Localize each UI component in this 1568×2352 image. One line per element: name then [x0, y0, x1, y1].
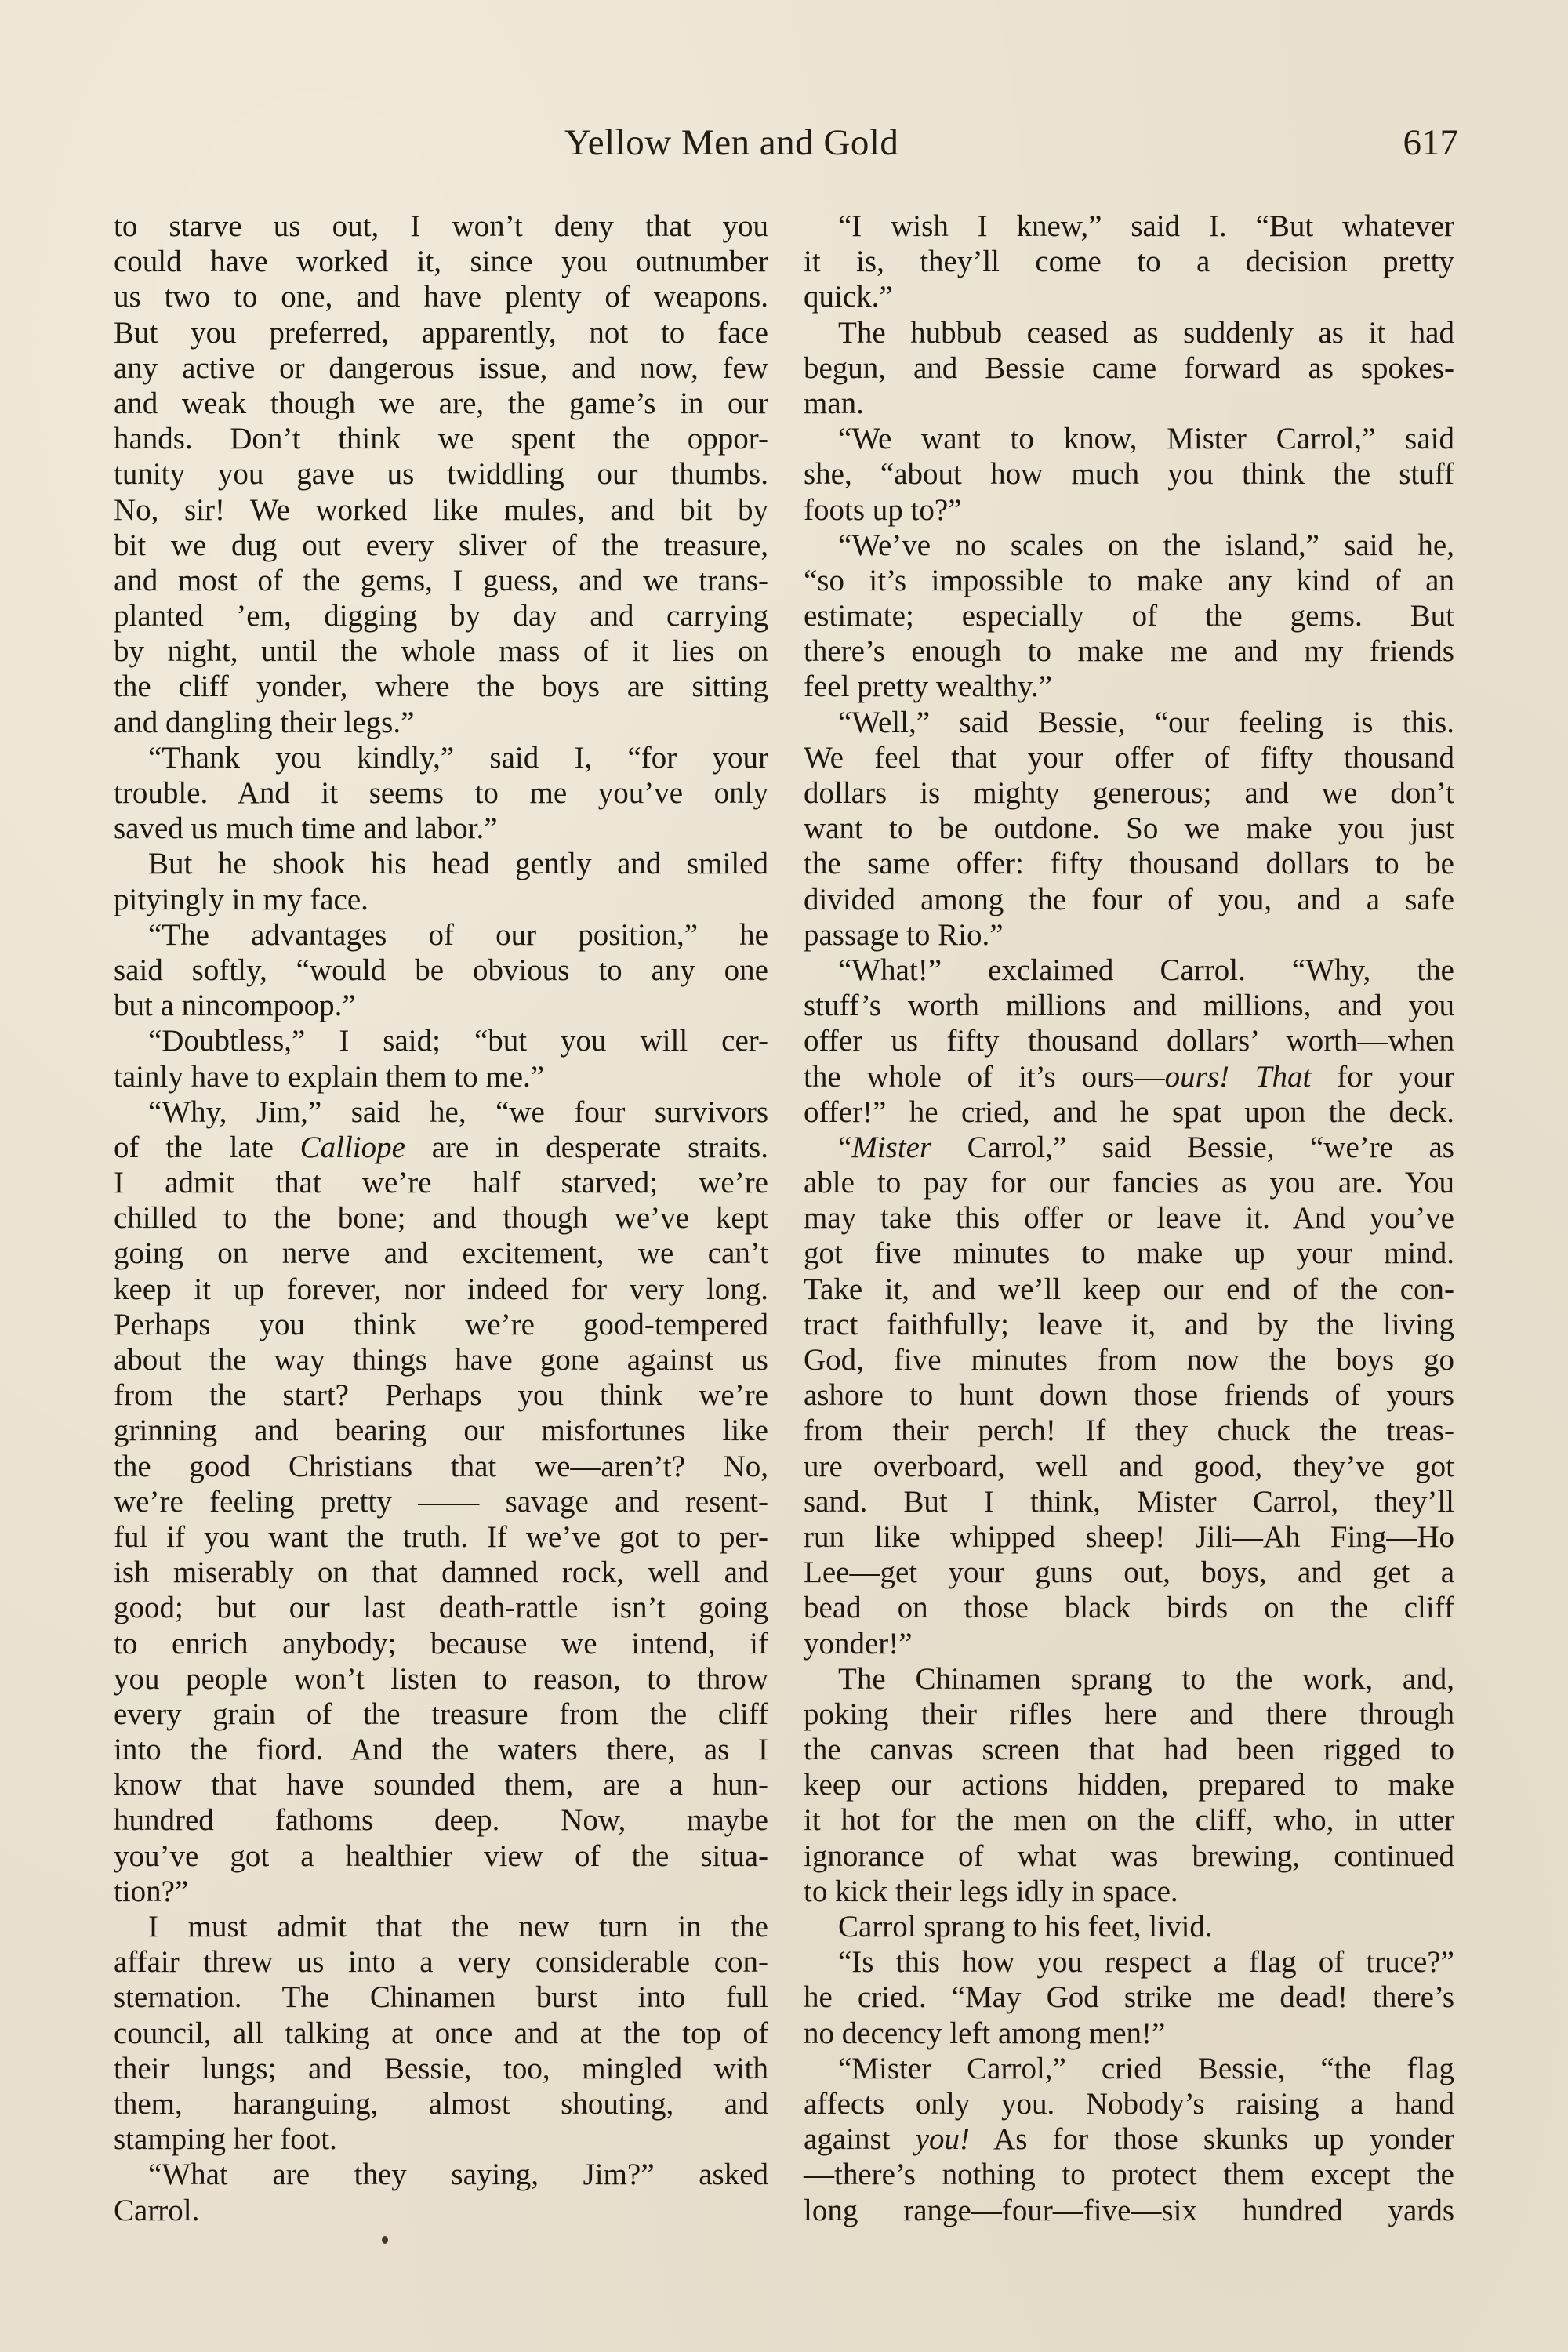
- text-line: may take this offer or leave it. And you…: [804, 1200, 1454, 1236]
- text-line: I admit that we’re half starved; we’re: [114, 1165, 768, 1200]
- text-line: No, sir! We worked like mules, and bit b…: [114, 492, 768, 528]
- running-title: Yellow Men and Gold: [564, 122, 898, 164]
- text-line: “so it’s impossible to make any kind of …: [804, 563, 1454, 598]
- text-line: estimate; especially of the gems. But: [804, 598, 1454, 633]
- text-line: “The advantages of our position,” he: [114, 917, 768, 953]
- text-line: every grain of the treasure from the cli…: [114, 1697, 768, 1732]
- text-line: saved us much time and labor.”: [114, 811, 768, 846]
- italic-emphasis: ours!: [1165, 1060, 1229, 1094]
- text-line: grinning and bearing our misfortunes lik…: [114, 1413, 768, 1448]
- text-line: you’ve got a healthier view of the situa…: [114, 1838, 768, 1874]
- italic-emphasis: you!: [916, 2122, 970, 2156]
- text-line: no decency left among men!”: [804, 2016, 1454, 2051]
- text-line: divided among the four of you, and a saf…: [804, 882, 1454, 917]
- text-line: and weak though we are, the game’s in ou…: [114, 386, 768, 421]
- text-line: ure overboard, well and good, they’ve go…: [804, 1449, 1454, 1484]
- text-line: we’re feeling pretty —— savage and resen…: [114, 1484, 768, 1519]
- text-line: trouble. And it seems to me you’ve only: [114, 775, 768, 811]
- text-line: ish miserably on that damned rock, well …: [114, 1555, 768, 1590]
- text-line: stamping her foot.: [114, 2122, 768, 2157]
- text-line: tract faithfully; leave it, and by the l…: [804, 1307, 1454, 1342]
- text-line: to starve us out, I won’t deny that you: [114, 209, 768, 244]
- text-line: “Thank you kindly,” said I, “for your: [114, 740, 768, 775]
- left-text-column: to starve us out, I won’t deny that youc…: [114, 209, 768, 2228]
- text-line: tion?”: [114, 1874, 768, 1909]
- text-line: the good Christians that we—aren’t? No,: [114, 1449, 768, 1484]
- text-line: “We’ve no scales on the island,” said he…: [804, 528, 1454, 563]
- text-line: he cried. “May God strike me dead! there…: [804, 1980, 1454, 2015]
- text-line: chilled to the bone; and though we’ve ke…: [114, 1200, 768, 1236]
- text-line: about the way things have gone against u…: [114, 1342, 768, 1377]
- text-line: “What are they saying, Jim?” asked: [114, 2157, 768, 2192]
- text-line: But he shook his head gently and smiled: [114, 846, 768, 881]
- right-text-column: “I wish I knew,” said I. “But whateverit…: [804, 209, 1454, 2228]
- text-line: by night, until the whole mass of it lie…: [114, 633, 768, 669]
- text-line: sand. But I think, Mister Carrol, they’l…: [804, 1484, 1454, 1519]
- text-line: “Why, Jim,” said he, “we four survivors: [114, 1094, 768, 1130]
- text-line: keep it up forever, nor indeed for very …: [114, 1272, 768, 1307]
- text-line: “Mister Carrol,” cried Bessie, “the flag: [804, 2051, 1454, 2086]
- text-line: it hot for the men on the cliff, who, in…: [804, 1802, 1454, 1838]
- text-line: able to pay for our fancies as you are. …: [804, 1165, 1454, 1200]
- text-line: know that have sounded them, are a hun-: [114, 1767, 768, 1802]
- text-line: good; but our last death-rattle isn’t go…: [114, 1590, 768, 1625]
- text-line: I must admit that the new turn in the: [114, 1909, 768, 1944]
- text-line: planted ’em, digging by day and carrying: [114, 598, 768, 633]
- text-line: she, “about how much you think the stuff: [804, 456, 1454, 492]
- text-line: and dangling their legs.”: [114, 705, 768, 740]
- text-line: man.: [804, 386, 1454, 421]
- text-line: us two to one, and have plenty of weapon…: [114, 279, 768, 314]
- text-line: affects only you. Nobody’s raising a han…: [804, 2086, 1454, 2122]
- book-page: Yellow Men and Gold 617 to starve us out…: [0, 0, 1568, 2352]
- text-line: want to be outdone. So we make you just: [804, 811, 1454, 846]
- text-line: hands. Don’t think we spent the oppor-: [114, 421, 768, 456]
- italic-emphasis: That: [1255, 1060, 1312, 1094]
- text-line: and most of the gems, I guess, and we tr…: [114, 563, 768, 598]
- text-line: sternation. The Chinamen burst into full: [114, 1980, 768, 2015]
- running-header: Yellow Men and Gold 617: [564, 122, 1458, 169]
- text-line: begun, and Bessie came forward as spokes…: [804, 350, 1454, 386]
- text-line: “What!” exclaimed Carrol. “Why, the: [804, 953, 1454, 988]
- text-line: The Chinamen sprang to the work, and,: [804, 1661, 1454, 1697]
- text-line: run like whipped sheep! Jili—Ah Fing—Ho: [804, 1519, 1454, 1555]
- text-line: dollars is mighty generous; and we don’t: [804, 775, 1454, 811]
- text-line: to enrich anybody; because we intend, if: [114, 1626, 768, 1661]
- text-line: into the fiord. And the waters there, as…: [114, 1732, 768, 1767]
- text-line: offer!” he cried, and he spat upon the d…: [804, 1094, 1454, 1130]
- text-line: yonder!”: [804, 1626, 1454, 1661]
- text-line: could have worked it, since you outnumbe…: [114, 244, 768, 279]
- ink-speck: [382, 2236, 388, 2244]
- page-number: 617: [1403, 122, 1459, 164]
- text-line: got five minutes to make up your mind.: [804, 1236, 1454, 1271]
- text-line: there’s enough to make me and my friends: [804, 633, 1454, 669]
- text-line: foots up to?”: [804, 492, 1454, 528]
- text-line: Perhaps you think we’re good-tempered: [114, 1307, 768, 1342]
- text-line: tunity you gave us twiddling our thumbs.: [114, 456, 768, 492]
- text-line: tainly have to explain them to me.”: [114, 1059, 768, 1094]
- text-line: keep our actions hidden, prepared to mak…: [804, 1767, 1454, 1802]
- text-line: offer us fifty thousand dollars’ worth—w…: [804, 1023, 1454, 1058]
- text-line: ful if you want the truth. If we’ve got …: [114, 1519, 768, 1555]
- text-line: bead on those black birds on the cliff: [804, 1590, 1454, 1625]
- text-line: from the start? Perhaps you think we’re: [114, 1377, 768, 1413]
- text-line: “We want to know, Mister Carrol,” said: [804, 421, 1454, 456]
- text-line: quick.”: [804, 279, 1454, 314]
- text-line: ashore to hunt down those friends of you…: [804, 1377, 1454, 1413]
- text-line: “Is this how you respect a flag of truce…: [804, 1944, 1454, 1980]
- text-line: God, five minutes from now the boys go: [804, 1342, 1454, 1377]
- text-line: passage to Rio.”: [804, 917, 1454, 953]
- text-line: against you! As for those skunks up yond…: [804, 2122, 1454, 2157]
- text-line: but a nincompoop.”: [114, 988, 768, 1023]
- text-line: “Well,” said Bessie, “our feeling is thi…: [804, 705, 1454, 740]
- text-line: to kick their legs idly in space.: [804, 1874, 1454, 1909]
- text-line: of the late Calliope are in desperate st…: [114, 1130, 768, 1165]
- text-line: going on nerve and excitement, we can’t: [114, 1236, 768, 1271]
- text-line: “Doubtless,” I said; “but you will cer-: [114, 1023, 768, 1058]
- text-line: poking their rifles here and there throu…: [804, 1697, 1454, 1732]
- text-line: you people won’t listen to reason, to th…: [114, 1661, 768, 1697]
- text-line: —there’s nothing to protect them except …: [804, 2157, 1454, 2192]
- text-line: the canvas screen that had been rigged t…: [804, 1732, 1454, 1767]
- text-line: any active or dangerous issue, and now, …: [114, 350, 768, 386]
- text-line: stuff’s worth millions and millions, and…: [804, 988, 1454, 1023]
- text-line: council, all talking at once and at the …: [114, 2016, 768, 2051]
- text-line: “I wish I knew,” said I. “But whatever: [804, 209, 1454, 244]
- text-line: But you preferred, apparently, not to fa…: [114, 315, 768, 350]
- text-line: from their perch! If they chuck the trea…: [804, 1413, 1454, 1448]
- italic-emphasis: Mister: [851, 1131, 931, 1164]
- text-line: We feel that your offer of fifty thousan…: [804, 740, 1454, 775]
- text-line: the cliff yonder, where the boys are sit…: [114, 669, 768, 704]
- text-line: the whole of it’s ours—ours! That for yo…: [804, 1059, 1454, 1094]
- text-line: the same offer: fifty thousand dollars t…: [804, 846, 1454, 881]
- text-line: Lee—get your guns out, boys, and get a: [804, 1555, 1454, 1590]
- italic-emphasis: Calliope: [300, 1131, 405, 1164]
- text-line: said softly, “would be obvious to any on…: [114, 953, 768, 988]
- text-line: it is, they’ll come to a decision pretty: [804, 244, 1454, 279]
- text-line: their lungs; and Bessie, too, mingled wi…: [114, 2051, 768, 2086]
- text-line: ignorance of what was brewing, continued: [804, 1838, 1454, 1874]
- text-line: bit we dug out every sliver of the treas…: [114, 528, 768, 563]
- text-line: hundred fathoms deep. Now, maybe: [114, 1802, 768, 1838]
- text-line: them, haranguing, almost shouting, and: [114, 2086, 768, 2122]
- text-line: “Mister Carrol,” said Bessie, “we’re as: [804, 1130, 1454, 1165]
- text-line: Take it, and we’ll keep our end of the c…: [804, 1272, 1454, 1307]
- text-line: pityingly in my face.: [114, 882, 768, 917]
- text-line: feel pretty wealthy.”: [804, 669, 1454, 704]
- text-line: The hubbub ceased as suddenly as it had: [804, 315, 1454, 350]
- text-line: affair threw us into a very considerable…: [114, 1944, 768, 1980]
- text-line: Carrol.: [114, 2193, 768, 2228]
- text-line: Carrol sprang to his feet, livid.: [804, 1909, 1454, 1944]
- text-line: long range—four—five—six hundred yards: [804, 2193, 1454, 2228]
